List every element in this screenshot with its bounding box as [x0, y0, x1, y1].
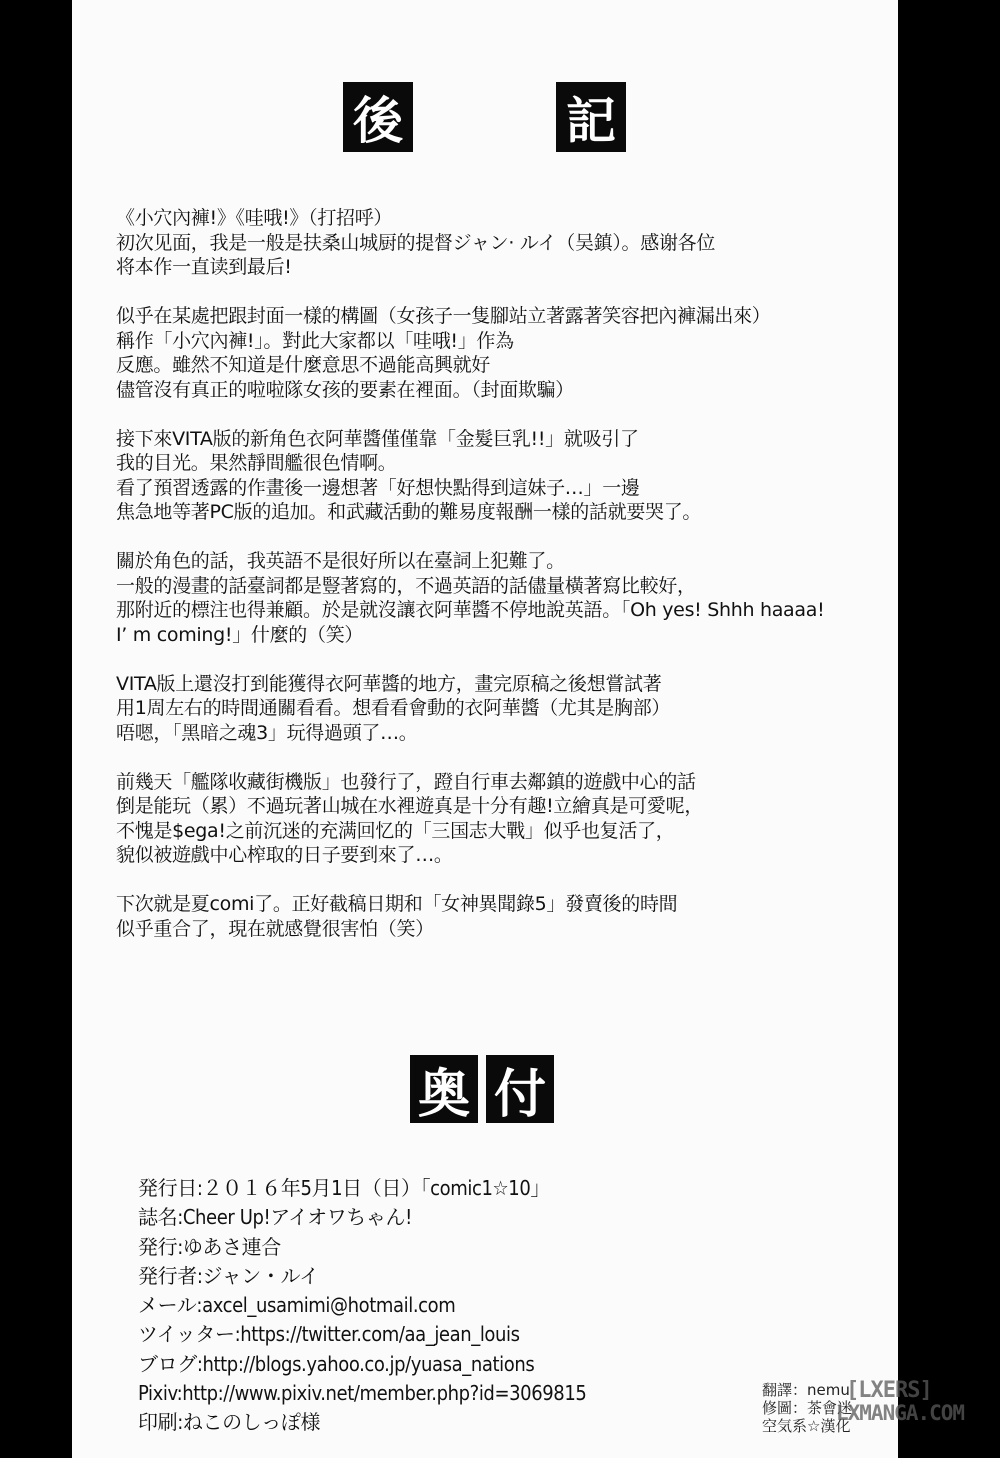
paragraph-greeting: 《小穴內褲!》《哇哦!》（打招呼） 初次见面，我是一般是扶桑山城厨的提督ジャン·…	[116, 206, 896, 280]
paragraph-cover: 似乎在某處把跟封面一樣的構圖（女孩子一隻腳站立著露著笑容把內褲漏出來） 稱作「小…	[116, 304, 896, 402]
row-label: 発行者	[138, 1264, 197, 1288]
row-value: https://twitter.com/aa_jean_louis	[240, 1322, 519, 1346]
colophon-row-printer: 印刷:ねこのしっぽ様	[138, 1408, 586, 1437]
colophon-title-char-1: 奥	[410, 1055, 478, 1123]
row-label: ツイッター	[138, 1322, 235, 1346]
watermark: [LXERS] LXMANGA.COM	[846, 1380, 964, 1424]
colophon-row-publisher: 発行:ゆあさ連合	[138, 1233, 586, 1262]
text-line: 《小穴內褲!》《哇哦!》（打招呼）	[116, 206, 896, 231]
credit-label: 翻譯：	[762, 1381, 807, 1399]
row-value: http://www.pixiv.net/member.php?id=30698…	[182, 1381, 586, 1405]
text-line: 看了預習透露的作畫後一邊想著「好想快點得到這妹子…」一邊	[116, 476, 896, 501]
colophon-row-twitter: ツイッター:https://twitter.com/aa_jean_louis	[138, 1320, 586, 1349]
paragraph-vita: VITA版上還沒打到能獲得衣阿華醬的地方，畫完原稿之後想嘗試著 用1周左右的時間…	[116, 672, 896, 746]
row-value: http://blogs.yahoo.co.jp/yuasa_nations	[202, 1352, 534, 1376]
text-line: 倒是能玩（累）不過玩著山城在水裡遊真是十分有趣!立繪真是可愛呢，	[116, 794, 896, 819]
afterword-title-char-1: 後	[343, 82, 413, 152]
credit-label: 空気系☆	[762, 1417, 820, 1435]
colophon-row-title: 誌名:Cheer Up!アイオワちゃん!	[138, 1203, 586, 1232]
text-line: 初次见面，我是一般是扶桑山城厨的提督ジャン· ルイ（吴鎮）。感谢各位	[116, 231, 896, 256]
afterword-body: 《小穴內褲!》《哇哦!》（打招呼） 初次见面，我是一般是扶桑山城厨的提督ジャン·…	[116, 206, 896, 966]
row-value: axcel_usamimi@hotmail.com	[202, 1293, 455, 1317]
text-line: 接下來VITA版的新角色衣阿華醬僅僅靠「金髮巨乳!!」就吸引了	[116, 427, 896, 452]
text-line: 似乎在某處把跟封面一樣的構圖（女孩子一隻腳站立著露著笑容把內褲漏出來）	[116, 304, 896, 329]
colophon-row-blog: ブログ:http://blogs.yahoo.co.jp/yuasa_natio…	[138, 1350, 586, 1379]
afterword-title-char-2: 記	[556, 82, 626, 152]
text-line: 用1周左右的時間通關看看。想看看會動的衣阿華醬（尤其是胸部）	[116, 696, 896, 721]
text-line: 反應。雖然不知道是什麼意思不過能高興就好	[116, 353, 896, 378]
colophon-row-author: 発行者:ジャン・ルイ	[138, 1262, 586, 1291]
row-value: ゆあさ連合	[183, 1235, 281, 1259]
text-line: I’ m coming!」什麼的（笑）	[116, 623, 896, 648]
afterword-page: 後 記 《小穴內褲!》《哇哦!》（打招呼） 初次见面，我是一般是扶桑山城厨的提督…	[72, 0, 898, 1458]
row-label: ブログ	[138, 1352, 197, 1376]
row-label: 発行	[138, 1235, 177, 1259]
text-line: 一般的漫畫的話臺詞都是豎著寫的，不過英語的話儘量橫著寫比較好，	[116, 574, 896, 599]
row-label: Pixiv	[138, 1381, 177, 1405]
text-line: 我的目光。果然靜間艦很色情啊。	[116, 451, 896, 476]
colophon-row-email: メール:axcel_usamimi@hotmail.com	[138, 1291, 586, 1320]
row-value: ジャン・ルイ	[202, 1264, 318, 1288]
text-line: 唔嗯，「黑暗之魂3」玩得過頭了…。	[116, 721, 896, 746]
text-line: 稱作「小穴內褲!」。對此大家都以「哇哦!」作為	[116, 329, 896, 354]
text-line: 似乎重合了，現在就感覺很害怕（笑）	[116, 917, 896, 942]
text-line: 不愧是$ega!之前沉迷的充满回忆的「三国志大戰」似乎也复活了，	[116, 819, 896, 844]
row-value: ねこのしっぽ様	[183, 1410, 320, 1434]
row-value: ２０１６年5月1日（日）「comic1☆10」	[202, 1176, 549, 1200]
row-value: Cheer Up!アイオワちゃん!	[183, 1205, 412, 1229]
colophon-info: 発行日:２０１６年5月1日（日）「comic1☆10」 誌名:Cheer Up!…	[138, 1174, 586, 1438]
row-label: 印刷	[138, 1410, 177, 1434]
credit-label: 修圖：	[762, 1399, 807, 1417]
watermark-line-2: LXMANGA.COM	[836, 1402, 964, 1424]
colophon-title-char-2: 付	[486, 1055, 554, 1123]
text-line: 關於角色的話，我英語不是很好所以在臺詞上犯難了。	[116, 549, 896, 574]
credit-value: nemu	[807, 1381, 850, 1399]
text-line: 那附近的標注也得兼顧。於是就沒讓衣阿華醬不停地說英語。「Oh yes! Shhh…	[116, 598, 896, 623]
colophon-row-publish-date: 発行日:２０１６年5月1日（日）「comic1☆10」	[138, 1174, 586, 1203]
text-line: 貌似被遊戲中心榨取的日子要到來了…。	[116, 843, 896, 868]
text-line: 将本作一直读到最后!	[116, 255, 896, 280]
paragraph-new-character: 接下來VITA版的新角色衣阿華醬僅僅靠「金髮巨乳!!」就吸引了 我的目光。果然靜…	[116, 427, 896, 525]
text-line: 前幾天「艦隊收藏街機版」也發行了，蹬自行車去鄰鎮的遊戲中心的話	[116, 770, 896, 795]
text-line: 下次就是夏comi了。正好截稿日期和「女神異聞錄5」發賣後的時間	[116, 892, 896, 917]
paragraph-arcade: 前幾天「艦隊收藏街機版」也發行了，蹬自行車去鄰鎮的遊戲中心的話 倒是能玩（累）不…	[116, 770, 896, 868]
paragraph-dialogue: 關於角色的話，我英語不是很好所以在臺詞上犯難了。 一般的漫畫的話臺詞都是豎著寫的…	[116, 549, 896, 647]
paragraph-next-event: 下次就是夏comi了。正好截稿日期和「女神異聞錄5」發賣後的時間 似乎重合了，現…	[116, 892, 896, 941]
text-line: 儘管沒有真正的啦啦隊女孩的要素在裡面。（封面欺騙）	[116, 378, 896, 403]
text-line: VITA版上還沒打到能獲得衣阿華醬的地方，畫完原稿之後想嘗試著	[116, 672, 896, 697]
colophon-row-pixiv: Pixiv:http://www.pixiv.net/member.php?id…	[138, 1379, 586, 1408]
row-label: 発行日	[138, 1176, 197, 1200]
watermark-line-1: [LXERS]	[846, 1380, 964, 1402]
text-line: 焦急地等著PC版的追加。和武藏活動的難易度報酬一樣的話就要哭了。	[116, 500, 896, 525]
row-label: メール	[138, 1293, 196, 1317]
row-label: 誌名	[138, 1205, 177, 1229]
credit-translator: 翻譯：nemu	[762, 1381, 852, 1399]
